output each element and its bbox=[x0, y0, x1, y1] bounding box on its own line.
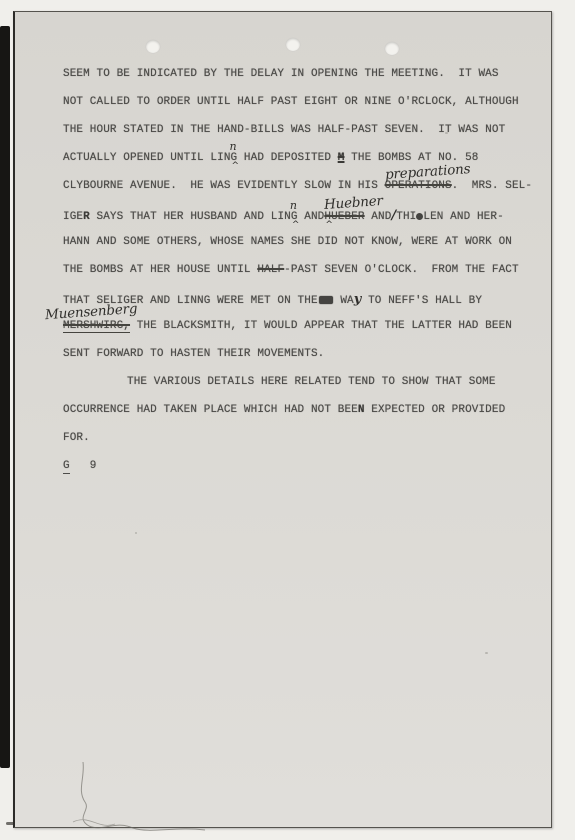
scan-background: SEEM TO BE INDICATED BY THE DELAY IN OPE… bbox=[0, 0, 575, 840]
seg-typed: . MRS. SEL- bbox=[452, 180, 532, 192]
typed-line-14: FOR. bbox=[63, 432, 533, 460]
struck-operations: OPERATIONSpreparations bbox=[385, 180, 452, 192]
overtyped-r: R bbox=[83, 211, 90, 223]
typed-line-15: G 9 bbox=[63, 460, 533, 488]
typed-line-10: MERSHWIRG,Muensenberg THE BLACKSMITH, IT… bbox=[63, 320, 533, 348]
seg-typed: THE BLACKSMITH, IT WOULD APPEAR THAT THE… bbox=[130, 320, 512, 332]
typed-line-12: THE VARIOUS DETAILS HERE RELATED TEND TO… bbox=[63, 376, 533, 404]
typed-line-11: SENT FORWARD TO HASTEN THEIR MOVEMENTS. bbox=[63, 348, 533, 376]
seg-typed: ACTUALLY OPENED UNTIL LIN bbox=[63, 152, 231, 164]
seg-typed: EXPECTED OR PROVIDED bbox=[365, 404, 506, 416]
typed-line-5: CLYBOURNE AVENUE. HE WAS EVIDENTLY SLOW … bbox=[63, 180, 533, 208]
struck-mershwirg: MERSHWIRG,Muensenberg bbox=[63, 320, 130, 333]
seg-typed: SEEM TO BE INDICATED BY THE DELAY IN OPE… bbox=[63, 68, 499, 80]
typed-line-6: IGER SAYS THAT HER HUSBAND AND LINGn^ AN… bbox=[63, 208, 533, 236]
seg-typed: WA bbox=[334, 295, 354, 307]
typed-line-7: HANN AND SOME OTHERS, WHOSE NAMES SHE DI… bbox=[63, 236, 533, 264]
typed-line-3: THE HOUR STATED IN THE HAND-BILLS WAS HA… bbox=[63, 124, 533, 152]
paper-speck bbox=[445, 132, 448, 134]
seg-typed: OCCURRENCE HAD TAKEN PLACE WHICH HAD NOT… bbox=[63, 404, 358, 416]
seg-typed: TO NEFF'S HALL BY bbox=[361, 295, 482, 307]
seg-typed: NOT CALLED TO ORDER UNTIL HALF PAST EIGH… bbox=[63, 96, 519, 108]
insert-n-lingg: Gn^ bbox=[231, 152, 238, 164]
insert-n-lingg: Gn^ bbox=[291, 211, 298, 223]
seg-typed: HAD DEPOSITED bbox=[237, 152, 338, 164]
punch-hole bbox=[286, 38, 300, 51]
caret-mark: ^ bbox=[325, 221, 333, 230]
typed-line-1: SEEM TO BE INDICATED BY THE DELAY IN OPE… bbox=[63, 68, 533, 96]
handwritten-insert: n bbox=[290, 199, 297, 212]
seg-typed: LEN AND HER- bbox=[423, 211, 503, 223]
caret-mark: ^ bbox=[292, 221, 300, 230]
seg-typed: SAYS THAT HER HUSBAND AND LIN bbox=[90, 211, 291, 223]
seg-typed: SENT FORWARD TO HASTEN THEIR MOVEMENTS. bbox=[63, 348, 324, 360]
text-block: SEEM TO BE INDICATED BY THE DELAY IN OPE… bbox=[63, 68, 533, 488]
footer-page-number: 9 bbox=[70, 460, 97, 472]
struck-half: HALF bbox=[257, 264, 284, 276]
scan-edge-shadow bbox=[0, 26, 10, 768]
typed-line-8: THE BOMBS AT HER HOUSE UNTIL HALF-PAST S… bbox=[63, 264, 533, 292]
struck-hueber: HUEBERHuebner^ bbox=[324, 211, 364, 223]
seg-typed: THE VARIOUS DETAILS HERE RELATED TEND TO… bbox=[127, 376, 496, 388]
seg-typed: -PAST SEVEN O'CLOCK. FROM THE FACT bbox=[284, 264, 519, 276]
typed-line-13: OCCURRENCE HAD TAKEN PLACE WHICH HAD NOT… bbox=[63, 404, 533, 432]
seg-typed: THE HOUR STATED IN THE HAND-BILLS WAS HA… bbox=[63, 124, 505, 136]
punch-hole bbox=[146, 40, 160, 53]
paper-speck bbox=[485, 652, 488, 654]
seg-typed: AND bbox=[298, 211, 325, 223]
punch-hole bbox=[385, 42, 399, 55]
seg-typed: FOR. bbox=[63, 432, 90, 444]
caret-mark: ^ bbox=[232, 162, 240, 171]
document-page: SEEM TO BE INDICATED BY THE DELAY IN OPE… bbox=[13, 11, 552, 828]
paper-speck bbox=[135, 532, 137, 534]
crease-mark bbox=[55, 760, 215, 840]
seg-typed: THE BOMBS AT HER HOUSE UNTIL bbox=[63, 264, 257, 276]
overtyped-n: N bbox=[358, 404, 365, 416]
handwritten-correction: Muensenberg bbox=[45, 301, 138, 323]
ink-blot bbox=[319, 296, 333, 304]
seg-typed: IGE bbox=[63, 211, 83, 223]
typed-line-2: NOT CALLED TO ORDER UNTIL HALF PAST EIGH… bbox=[63, 96, 533, 124]
seg-typed: CLYBOURNE AVENUE. HE WAS EVIDENTLY SLOW … bbox=[63, 180, 385, 192]
handwritten-insert: n bbox=[230, 140, 237, 153]
seg-typed: HANN AND SOME OTHERS, WHOSE NAMES SHE DI… bbox=[63, 236, 512, 248]
seg-typed: THI bbox=[396, 211, 416, 223]
seg-typed: AND bbox=[365, 211, 392, 223]
footer-page-mark: G bbox=[63, 460, 70, 474]
